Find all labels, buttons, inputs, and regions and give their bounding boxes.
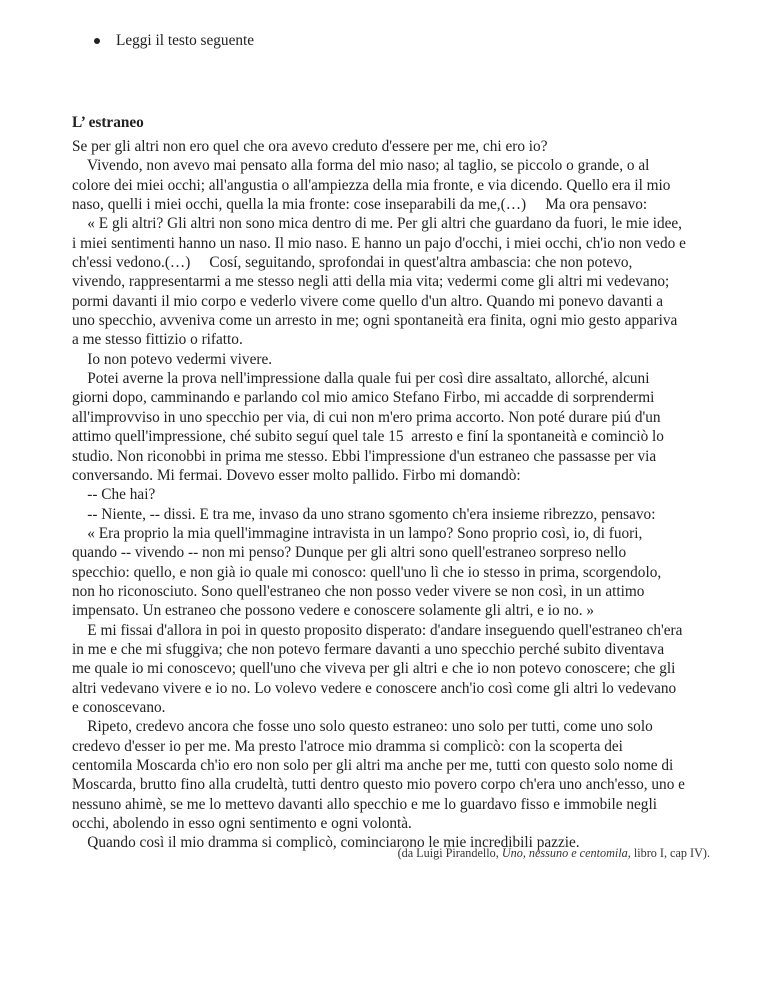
text-line: naso, quelli i miei occhi, quella la mia…: [72, 195, 712, 214]
text-line: quando -- vivendo -- non mi penso? Dunqu…: [72, 543, 712, 562]
text-line: centomila Moscarda ch'io ero non solo pe…: [72, 756, 712, 775]
instruction-text: Leggi il testo seguente: [116, 32, 254, 50]
citation-prefix: (da Luigi Pirandello,: [398, 846, 502, 860]
instruction-bullet: Leggi il testo seguente: [94, 32, 254, 50]
text-line: giorni dopo, camminando e parlando col m…: [72, 388, 712, 407]
text-line: colore dei miei occhi; all'angustia o al…: [72, 176, 712, 195]
text-line: Ripeto, credevo ancora che fosse uno sol…: [72, 717, 712, 736]
text-line: pormi davanti il mio corpo e vederlo viv…: [72, 292, 712, 311]
passage-title: L’ estraneo: [72, 114, 144, 132]
text-line: ch'essi vedono.(…) Cosí, seguitando, spr…: [72, 253, 712, 272]
text-line: all'improvviso in uno specchio per via, …: [72, 408, 712, 427]
text-line: credevo d'esser io per me. Ma presto l'a…: [72, 737, 712, 756]
text-line: in me e che mi sfuggiva; che non potevo …: [72, 640, 712, 659]
text-line: uno specchio, avveniva come un arresto i…: [72, 311, 712, 330]
text-line: « Era proprio la mia quell'immagine intr…: [72, 524, 712, 543]
text-line: impensato. Un estraneo che possono veder…: [72, 601, 712, 620]
source-citation: (da Luigi Pirandello, Uno, nessuno e cen…: [398, 846, 710, 861]
citation-work-title: Uno, nessuno e centomila,: [502, 846, 631, 860]
text-line: e conoscevano.: [72, 698, 712, 717]
text-line: a me stesso fittizio o rifatto.: [72, 330, 712, 349]
text-line: « E gli altri? Gli altri non sono mica d…: [72, 214, 712, 233]
text-line: Vivendo, non avevo mai pensato alla form…: [72, 156, 712, 175]
citation-suffix: libro I, cap IV).: [631, 846, 710, 860]
text-line: Moscarda, brutto fino alla crudeltà, tut…: [72, 775, 712, 794]
text-line: conversando. Mi fermai. Dovevo esser mol…: [72, 466, 712, 485]
text-line: E mi fissai d'allora in poi in questo pr…: [72, 621, 712, 640]
text-line: specchio: quello, e non già io quale mi …: [72, 563, 712, 582]
bullet-icon: [94, 38, 100, 44]
text-line: i miei sentimenti hanno un naso. Il mio …: [72, 234, 712, 253]
text-line: Io non potevo vedermi vivere.: [72, 350, 712, 369]
text-line: -- Niente, -- dissi. E tra me, invaso da…: [72, 505, 712, 524]
text-line: studio. Non riconobbi in prima me stesso…: [72, 447, 712, 466]
text-line: Potei averne la prova nell'impressione d…: [72, 369, 712, 388]
text-line: non ho riconosciuto. Sono quell'estraneo…: [72, 582, 712, 601]
text-line: attimo quell'impressione, ché subito seg…: [72, 427, 712, 446]
text-line: me quale io mi conoscevo; quell'uno che …: [72, 659, 712, 678]
passage-body: Se per gli altri non ero quel che ora av…: [72, 137, 712, 853]
text-line: nessuno ahimè, se me lo mettevo davanti …: [72, 795, 712, 814]
text-line: -- Che hai?: [72, 485, 712, 504]
text-line: altri vedevano vivere e io no. Lo volevo…: [72, 679, 712, 698]
text-line: Se per gli altri non ero quel che ora av…: [72, 137, 712, 156]
text-line: occhi, abolendo in esso ogni sentimento …: [72, 814, 712, 833]
text-line: vivendo, rappresentarmi a me stesso negl…: [72, 272, 712, 291]
